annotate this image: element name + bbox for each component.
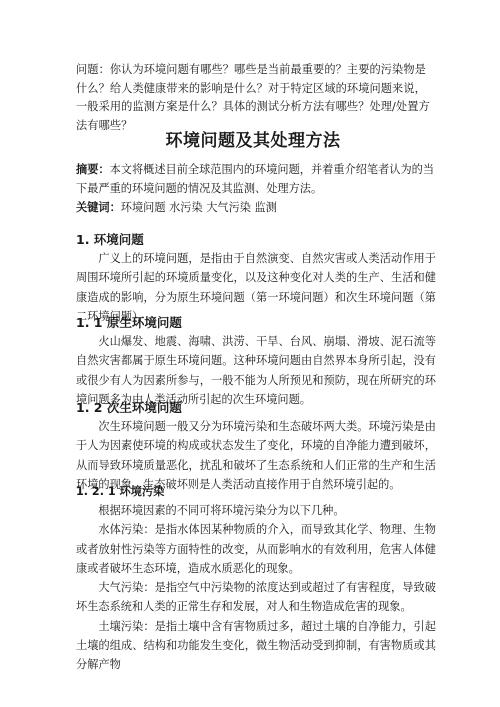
abstract: 摘要：本文将概述目前全球范围内的环境问题，并着重介绍笔者认为的当下最严重的环境问… [76,160,436,198]
section-heading: 1. 2. 1 环境污染 [76,483,436,501]
section-1-2: 1. 2 次生环境问题 次生环境问题一般又分为环境污染和生态破坏两大类。环境污染… [76,398,436,494]
section-1-1: 1. 1 原生环境问题 火山爆发、地震、海啸、洪涝、干旱、台风、崩塌、滑坡、泥石… [76,313,436,409]
abstract-label: 摘要： [76,162,110,176]
intro-questions: 问题：你认为环境问题有哪些？哪些是当前最重要的？主要的污染物是什么？给人类健康带… [76,61,430,135]
section-heading: 1. 1 原生环境问题 [76,313,436,332]
section-paragraph: 水体污染：是指水体因某种物质的介入，而导致其化学、物理、生物或者放射性污染等方面… [76,520,436,578]
document-title: 环境问题及其处理方法 [76,126,430,151]
keywords-text: 环境问题 水污染 大气污染 监测 [121,201,277,214]
section-paragraph: 大气污染：是指空气中污染物的浓度达到或超过了有害程度，导致破坏生态系统和人类的正… [76,578,436,617]
section-paragraph: 根据环境因素的不同可将环境污染分为以下几种。 [76,501,436,520]
keywords-label: 关键词： [76,200,121,214]
section-heading: 1. 2 次生环境问题 [76,398,436,417]
section-1-2-1: 1. 2. 1 环境污染 根据环境因素的不同可将环境污染分为以下几种。 水体污染… [76,483,436,675]
section-paragraph: 土壤污染：是指土壤中含有害物质过多，超过土壤的自净能力，引起土壤的组成、结构和功… [76,617,436,675]
keywords: 关键词：环境问题 水污染 大气污染 监测 [76,198,436,217]
abstract-block: 摘要：本文将概述目前全球范围内的环境问题，并着重介绍笔者认为的当下最严重的环境问… [76,160,436,217]
section-heading: 1. 环境问题 [76,230,436,249]
abstract-text: 本文将概述目前全球范围内的环境问题，并着重介绍笔者认为的当下最严重的环境问题的情… [76,163,434,195]
section-1: 1. 环境问题 广义上的环境问题，是指由于自然演变、自然灾害或人类活动作用于周围… [76,230,436,326]
